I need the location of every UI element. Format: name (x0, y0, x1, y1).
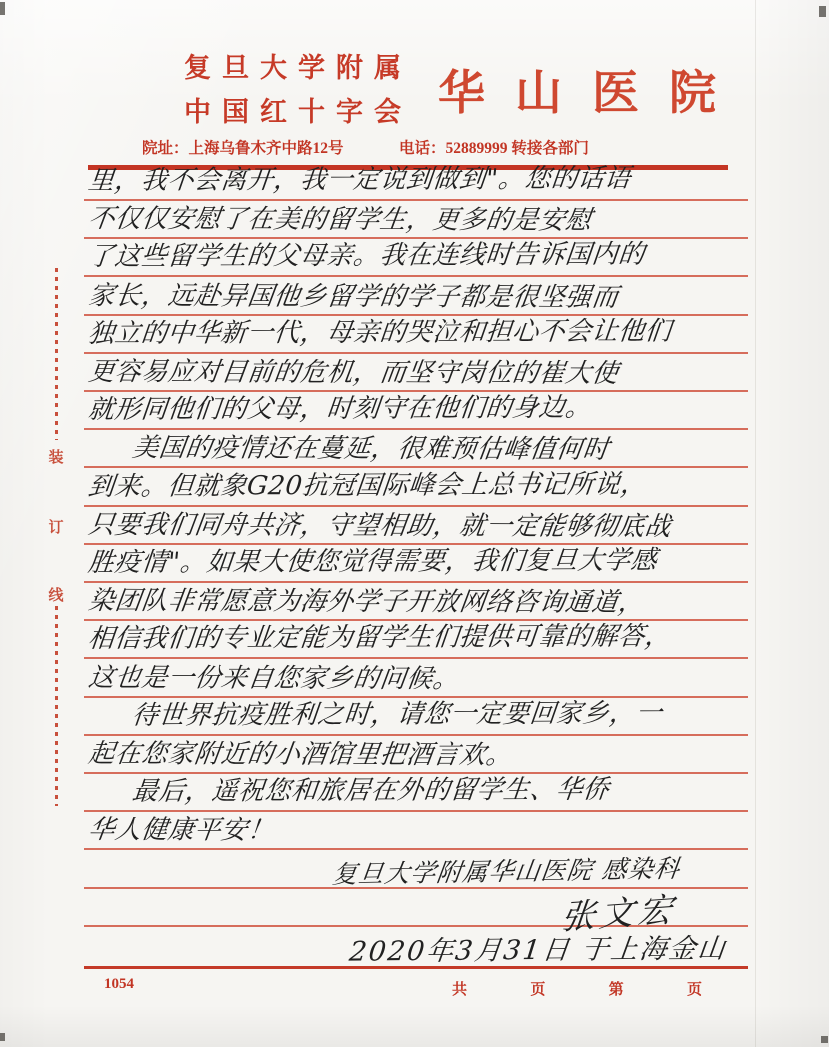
binding-label-char: 装 (47, 446, 65, 467)
handwriting-line: 染团队非常愿意为海外学子开放网络咨询通道， (86, 583, 757, 623)
scan-corner-mark (0, 2, 5, 15)
binding-label-char: 订 (47, 516, 65, 537)
signature-date-place: 2020年3月31日 于上海金山 (348, 926, 730, 968)
scan-corner-mark (0, 1033, 5, 1041)
page-count-label: 共 (452, 978, 467, 999)
handwriting-line: 更容易应对目前的危机，而坚守岗位的崔大使 (86, 354, 757, 394)
handwriting-line: 这也是一份来自您家乡的问候。 (86, 660, 757, 700)
handwriting-line: 就形同他们的父母，时刻守在他们的身边。 (86, 389, 756, 430)
handwriting-line: 起在您家附近的小酒馆里把酒言欢。 (86, 736, 757, 776)
binding-dotted-line (55, 268, 58, 440)
letterhead-hospital-name: 华山医院 (438, 56, 746, 123)
handwriting-line: 待世界抗疫胜利之时，请您一定要回家乡，一 (86, 695, 800, 736)
handwriting-line: 里，我不会离开，我一定说到做到"。您的话语 (86, 160, 756, 201)
handwriting-line: 胜疫情"。如果大使您觉得需要，我们复旦大学感 (86, 542, 756, 583)
binding-dotted-line (55, 606, 58, 806)
letterhead-phone: 电话：52889999 转接各部门 (399, 136, 589, 158)
handwriting-line: 到来。但就象G20抗冠国际峰会上总书记所说， (86, 466, 756, 507)
scan-corner-mark (819, 6, 826, 17)
handwriting-line: 家长，远赴异国他乡留学的学子都是很坚强而 (86, 278, 757, 318)
scan-corner-mark (821, 1036, 828, 1043)
page-count-label: 页 (530, 978, 545, 999)
handwriting-line: 美国的疫情还在蔓延，很难预估峰值何时 (86, 430, 800, 470)
paper-crease (755, 0, 756, 1047)
page-count-labels: 共页第页 (452, 978, 702, 999)
page-count-label: 第 (609, 978, 624, 999)
handwriting-line: 相信我们的专业定能为留学生们提供可靠的解答， (86, 618, 756, 659)
letterhead-affiliation-line2: 中国红十字会 (184, 90, 424, 129)
letterhead-address: 院址：上海乌鲁木齐中路12号 (142, 136, 344, 158)
page-count-label: 页 (687, 978, 702, 999)
handwriting-line: 华人健康平安！ (86, 812, 757, 852)
letterhead-affiliation-line1: 复旦大学附属 (184, 46, 424, 85)
form-serial-number: 1054 (104, 976, 134, 993)
handwriting-line: 最后，遥祝您和旅居在外的留学生、华侨 (86, 771, 800, 812)
handwriting-line: 只要我们同舟共济，守望相助，就一定能够彻底战 (86, 507, 757, 547)
scanned-letter-page: 复旦大学附属 中国红十字会 华山医院 院址：上海乌鲁木齐中路12号 电话：528… (0, 0, 829, 1047)
handwriting-line: 独立的中华新一代，母亲的哭泣和担心不会让他们 (86, 313, 756, 354)
handwriting-line: 了这些留学生的父母亲。我在连线时告诉国内的 (86, 236, 756, 277)
handwriting-line: 不仅仅安慰了在美的留学生，更多的是安慰 (86, 201, 757, 241)
binding-label-char: 线 (47, 584, 65, 605)
